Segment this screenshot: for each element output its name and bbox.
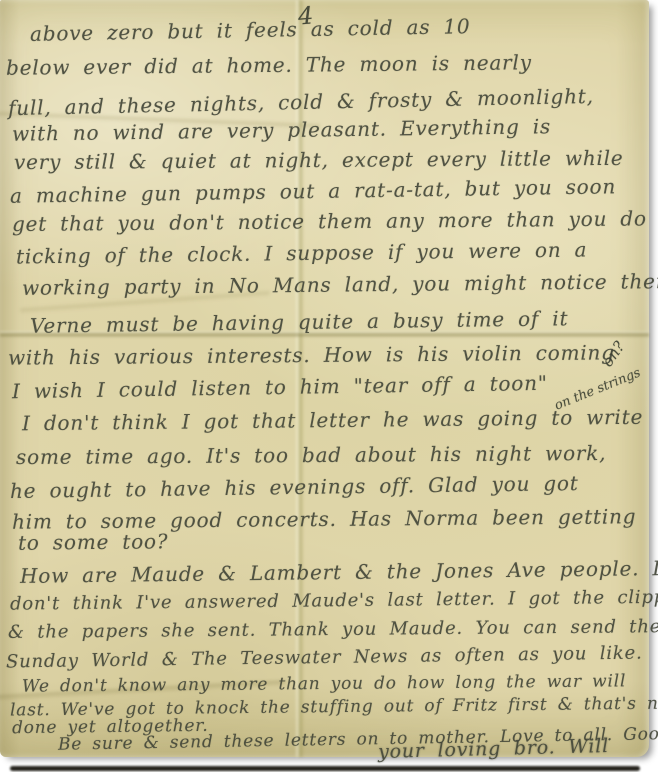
letter-line-18: How are Maude & Lambert & the Jones Ave … (20, 556, 658, 588)
letter-line-9: working party in No Mans land, you might… (22, 268, 658, 300)
scanned-letter-page: 4 above zero but it feels as cold as 10 … (0, 0, 658, 772)
letter-line-1: above zero but it feels as cold as 10 (30, 14, 471, 46)
signature-line: your loving bro. Will (378, 735, 609, 763)
letter-line-5: very still & quiet at night, except ever… (14, 146, 624, 174)
letter-paper: 4 above zero but it feels as cold as 10 … (0, 0, 649, 757)
letter-line-22: We don't know any more than you do how l… (22, 671, 626, 696)
letter-line-7: get that you don't notice them any more … (12, 206, 658, 236)
letter-line-14: some time ago. It's too bad about his ni… (16, 441, 606, 469)
letter-line-2: below ever did at home. The moon is near… (6, 50, 532, 80)
letter-line-6: a machine gun pumps out a rat-a-tat, but… (10, 174, 616, 208)
letter-line-8: ticking of the clock. I suppose if you w… (16, 238, 588, 269)
letter-line-17: to some too? (18, 529, 169, 555)
letter-line-11: with his various interests. How is his v… (8, 340, 615, 369)
paper-bottom-shadow (10, 766, 640, 771)
letter-line-20: & the papers she sent. Thank you Maude. … (8, 616, 658, 643)
letter-line-15: he ought to have his evenings off. Glad … (10, 471, 579, 503)
letter-line-13: I don't think I got that letter he was g… (22, 405, 643, 436)
letter-line-19: don't think I've answered Maude's last l… (10, 586, 658, 614)
letter-line-12: I wish I could listen to him "tear off a… (12, 371, 548, 403)
letter-line-21: Sunday World & The Teeswater News as oft… (6, 643, 643, 673)
